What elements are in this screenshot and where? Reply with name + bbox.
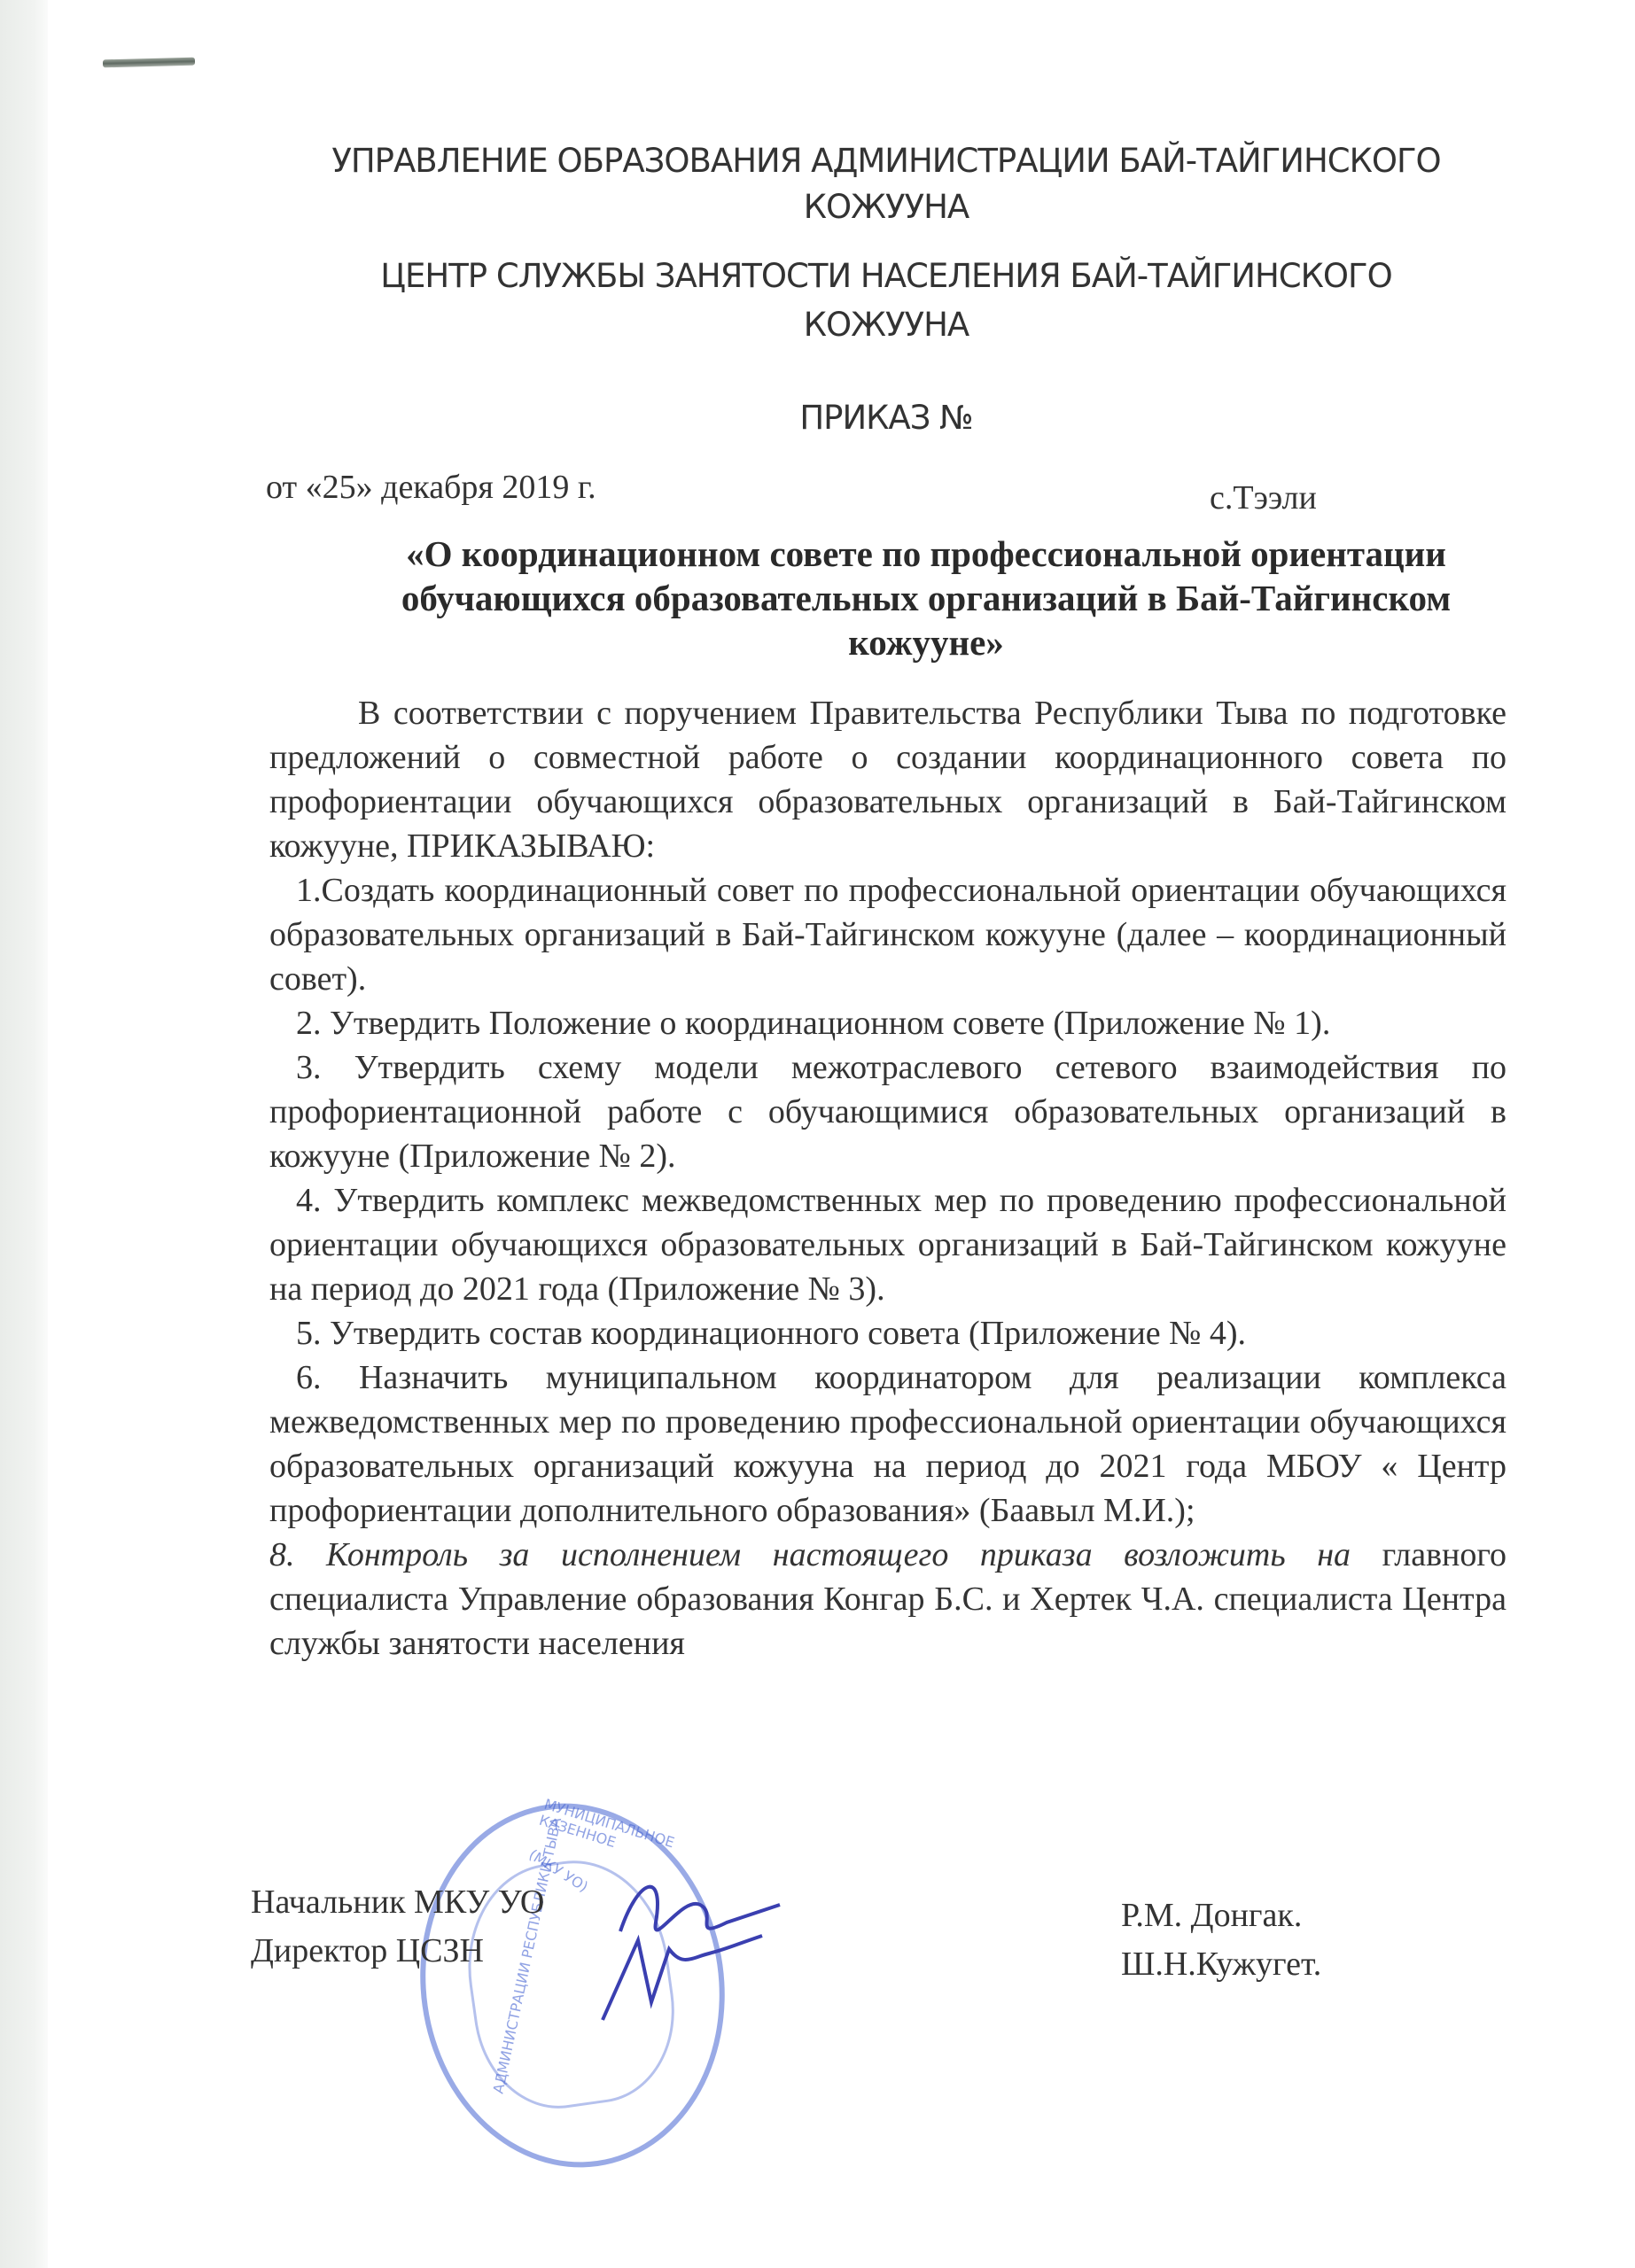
org2-title-line2: КОЖУУНА [266,306,1507,344]
order-item-2: 2. Утвердить Положение о координационном… [269,1001,1507,1045]
item8-italic: 8. Контроль за исполнением настоящего пр… [269,1536,1351,1573]
signatory-name-1: Р.М. Донгак. [1121,1896,1302,1935]
org1-title-line1: УПРАВЛЕНИЕ ОБРАЗОВАНИЯ АДМИНИСТРАЦИИ БАЙ… [266,142,1507,180]
order-place: с.Тээли [1210,478,1317,517]
signature-strokes [585,1843,815,2038]
signatory-name-2: Ш.Н.Кужугет. [1121,1945,1321,1984]
signatory-title-2: Директор ЦСЗН [251,1931,484,1970]
order-item-5: 5. Утвердить состав координационного сов… [269,1311,1507,1355]
order-item-8: 8. Контроль за исполнением настоящего пр… [269,1533,1507,1666]
title-line1: «О координационном совете по профессиона… [346,532,1507,576]
title-line2: обучающихся образовательных организаций … [346,576,1507,620]
preamble: В соответствии с поручением Правительств… [269,691,1507,868]
staple-mark [103,58,195,68]
order-body: В соответствии с поручением Правительств… [269,691,1507,1666]
order-title: «О координационном совете по профессиона… [346,532,1507,664]
order-item-4: 4. Утвердить комплекс межведомственных м… [269,1178,1507,1311]
title-line3: кожууне» [346,620,1507,664]
date-place-line: от «25» декабря 2019 г. с.Тээли [266,468,1507,512]
order-date: от «25» декабря 2019 г. [266,468,596,507]
scan-edge [0,0,48,2268]
order-item-1: 1.Создать координационный совет по профе… [269,868,1507,1001]
signatory-title-1: Начальник МКУ УО [251,1883,544,1922]
order-item-3: 3. Утвердить схему модели межотраслевого… [269,1045,1507,1178]
org2-title-line1: ЦЕНТР СЛУЖБЫ ЗАНЯТОСТИ НАСЕЛЕНИЯ БАЙ-ТАЙ… [266,257,1507,295]
org1-title-line2: КОЖУУНА [266,188,1507,226]
order-item-6: 6. Назначить муниципальном координатором… [269,1355,1507,1533]
order-label: ПРИКАЗ № [266,399,1507,437]
